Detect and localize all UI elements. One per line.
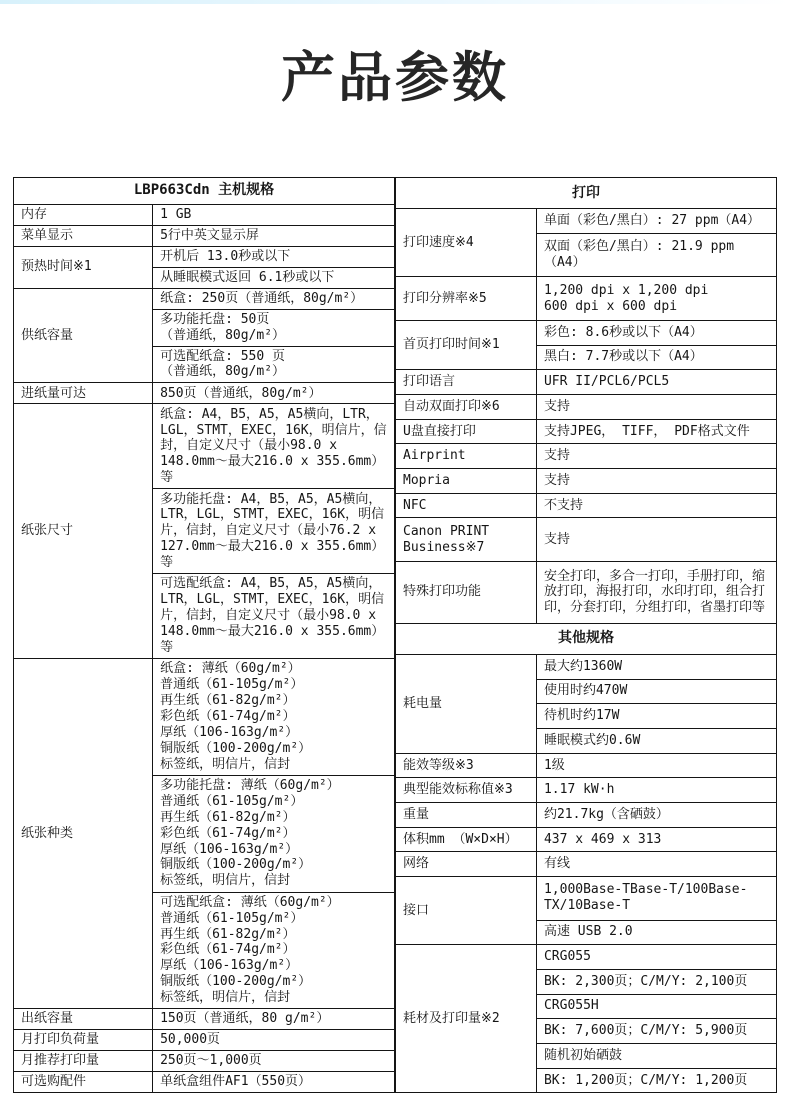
spec-value-print-language: UFR II/PCL6/PCL5 [536,370,776,395]
spec-value-first-print-color: 彩色: 8.6秒或以下（A4） [536,320,776,345]
spec-value-dimensions: 437 x 469 x 313 [536,827,776,852]
spec-value-monthly-recommended: 250页～1,000页 [153,1051,395,1072]
spec-value-size-optional: 可选配纸盒: A4，B5，A5，A5横向，LTR，LGL，STMT，EXEC，1… [153,574,395,659]
spec-value-speed-duplex: 双面（彩色/黑白）: 21.9 ppm（A4） [536,233,776,276]
spec-label-menu-display: 菜单显示 [14,225,153,246]
spec-value-type-optional: 可选配纸盒: 薄纸（60g/m²） 普通纸（61-105g/m²） 再生纸（61… [153,892,395,1009]
spec-table: LBP663Cdn 主机规格 内存 1 GB 菜单显示 5行中英文显示屏 预热时… [13,177,777,1093]
spec-value-supply-multitray: 多功能托盘: 50页 （普通纸，80g/m²） [153,309,395,346]
spec-value-crg055h: CRG055H [536,994,776,1019]
spec-label-paper-size: 纸张尺寸 [14,404,153,659]
spec-label-memory: 内存 [14,204,153,225]
spec-label-canon-print-business: Canon PRINT Business※7 [396,518,537,561]
host-spec-table: LBP663Cdn 主机规格 内存 1 GB 菜单显示 5行中英文显示屏 预热时… [13,177,395,1093]
spec-value-warmup-poweron: 开机后 13.0秒或以下 [153,246,395,267]
print-spec-table: 打印 打印速度※4 单面（彩色/黑白）: 27 ppm（A4） 双面（彩色/黑白… [395,177,777,1093]
spec-label-nfc: NFC [396,493,537,518]
spec-value-starter-toner: 随机初始硒鼓 [536,1043,776,1068]
page-title: 产品参数 [0,48,790,107]
spec-value-supply-cassette: 纸盒: 250页（普通纸，80g/m²） [153,288,395,309]
spec-label-dimensions: 体积mm （W×D×H） [396,827,537,852]
spec-value-warmup-sleep: 从睡眠模式返回 6.1秒或以下 [153,267,395,288]
spec-value-crg055: CRG055 [536,945,776,970]
spec-label-airprint: Airprint [396,444,537,469]
spec-label-first-print-time: 首页打印时间※1 [396,320,537,369]
spec-value-power-operating: 使用时约470W [536,679,776,704]
spec-label-print-resolution: 打印分辨率※5 [396,277,537,320]
spec-value-menu-display: 5行中英文显示屏 [153,225,395,246]
spec-label-optional-accessory: 可选购配件 [14,1072,153,1093]
spec-value-power-sleep: 睡眠模式约0.6W [536,728,776,753]
spec-value-output-capacity: 150页（普通纸，80 g/m²） [153,1009,395,1030]
spec-value-size-cassette: 纸盒: A4，B5，A5，A5横向，LTR，LGL，STMT，EXEC，16K，… [153,404,395,489]
spec-value-mopria: 支持 [536,468,776,493]
host-spec-header: LBP663Cdn 主机规格 [14,178,395,204]
spec-value-interface-ethernet: 1,000Base-TBase-T/100Base-TX/10Base-T [536,877,776,920]
spec-value-energy-grade: 1级 [536,753,776,778]
spec-value-type-multitray: 多功能托盘: 薄纸（60g/m²） 普通纸（61-105g/m²） 再生纸（61… [153,775,395,892]
spec-value-crg055-yield: BK: 2,300页；C/M/Y: 2,100页 [536,969,776,994]
spec-value-type-cassette: 纸盒: 薄纸（60g/m²） 普通纸（61-105g/m²） 再生纸（61-82… [153,658,395,775]
print-spec-header: 打印 [396,178,777,209]
spec-value-airprint: 支持 [536,444,776,469]
spec-value-print-resolution: 1,200 dpi x 1,200 dpi 600 dpi x 600 dpi [536,277,776,320]
spec-value-first-print-mono: 黑白: 7.7秒或以下（A4） [536,345,776,370]
spec-value-usb-direct-print: 支持JPEG， TIFF， PDF格式文件 [536,419,776,444]
spec-value-network: 有线 [536,852,776,877]
spec-label-print-speed: 打印速度※4 [396,209,537,277]
spec-label-consumables: 耗材及打印量※2 [396,945,537,1093]
spec-value-power-max: 最大约1360W [536,654,776,679]
spec-label-special-print: 特殊打印功能 [396,561,537,623]
spec-label-auto-duplex: 自动双面打印※6 [396,394,537,419]
spec-label-feed-capacity: 进纸量可达 [14,383,153,404]
spec-label-monthly-duty: 月打印负荷量 [14,1030,153,1051]
spec-value-nfc: 不支持 [536,493,776,518]
spec-value-memory: 1 GB [153,204,395,225]
spec-value-monthly-duty: 50,000页 [153,1030,395,1051]
spec-value-power-standby: 待机时约17W [536,704,776,729]
spec-label-energy-grade: 能效等级※3 [396,753,537,778]
spec-label-interface: 接口 [396,877,537,945]
spec-value-canon-print-business: 支持 [536,518,776,561]
spec-value-speed-simplex: 单面（彩色/黑白）: 27 ppm（A4） [536,209,776,234]
spec-label-print-language: 打印语言 [396,370,537,395]
spec-page: 产品参数 LBP663Cdn 主机规格 内存 1 GB 菜单显示 5行中英文显示… [0,0,790,1107]
spec-label-weight: 重量 [396,803,537,828]
spec-label-monthly-recommended: 月推荐打印量 [14,1051,153,1072]
spec-value-supply-optional: 可选配纸盒: 550 页 （普通纸，80g/m²） [153,346,395,383]
other-spec-header: 其他规格 [396,624,777,655]
spec-value-feed-capacity: 850页（普通纸，80g/m²） [153,383,395,404]
spec-value-weight: 约21.7kg（含硒鼓） [536,803,776,828]
spec-value-starter-toner-yield: BK: 1,200页；C/M/Y: 1,200页 [536,1068,776,1093]
spec-value-interface-usb: 高速 USB 2.0 [536,920,776,945]
spec-label-paper-supply: 供纸容量 [14,288,153,383]
spec-value-crg055h-yield: BK: 7,600页；C/M/Y: 5,900页 [536,1019,776,1044]
spec-label-paper-type: 纸张种类 [14,658,153,1008]
top-strip-decoration [0,0,790,4]
spec-label-warmup-time: 预热时间※1 [14,246,153,288]
spec-label-typical-energy: 典型能效标称值※3 [396,778,537,803]
spec-value-typical-energy: 1.17 kW·h [536,778,776,803]
spec-value-special-print: 安全打印，多合一打印，手册打印，缩放打印，海报打印，水印打印，组合打印，分套打印… [536,561,776,623]
spec-label-network: 网络 [396,852,537,877]
spec-value-auto-duplex: 支持 [536,394,776,419]
spec-label-power-consumption: 耗电量 [396,654,537,753]
spec-value-optional-accessory: 单纸盒组件AF1（550页） [153,1072,395,1093]
spec-value-size-multitray: 多功能托盘: A4，B5，A5，A5横向，LTR，LGL，STMT，EXEC，1… [153,489,395,574]
spec-label-usb-direct-print: U盘直接打印 [396,419,537,444]
spec-label-output-capacity: 出纸容量 [14,1009,153,1030]
spec-label-mopria: Mopria [396,468,537,493]
